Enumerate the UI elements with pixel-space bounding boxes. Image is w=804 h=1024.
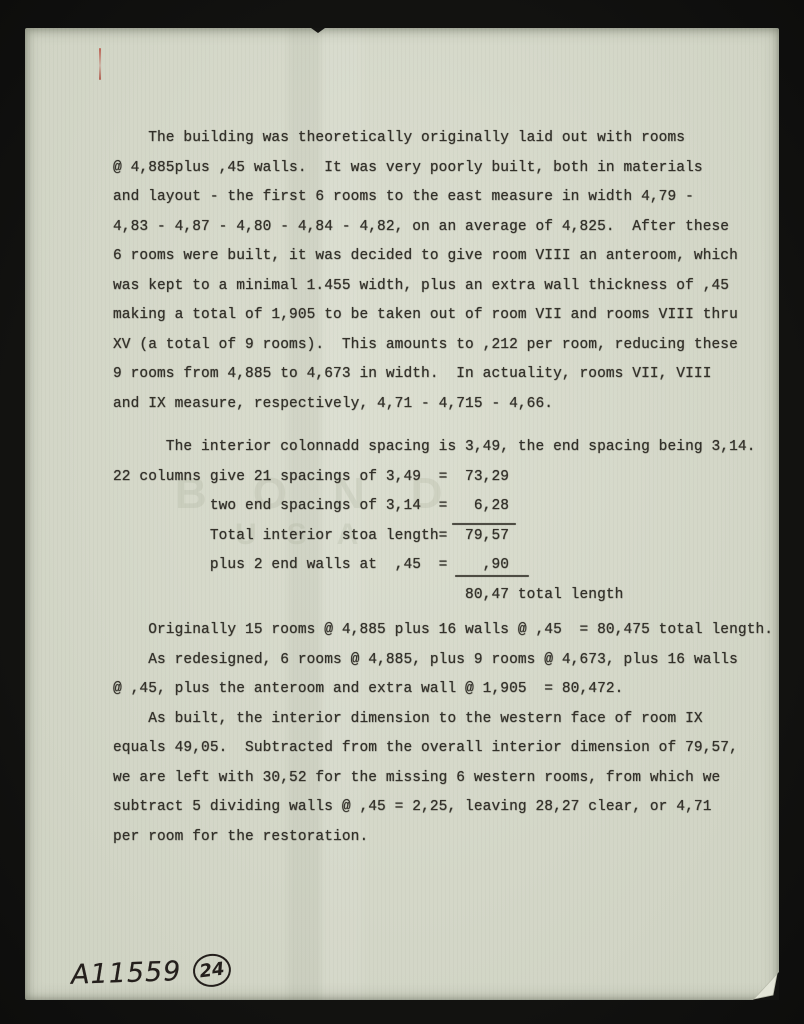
text-line: subtract 5 dividing walls @ ,45 = 2,25, … (113, 793, 773, 823)
handwritten-annotation: A11559 24 (70, 953, 231, 992)
paragraph-colonnade-calculation: The interior colonnadd spacing is 3,49, … (113, 433, 756, 610)
sum-underline-90 (455, 575, 529, 577)
text-line: was kept to a minimal 1.455 width, plus … (113, 272, 738, 302)
text-line: 4,83 - 4,87 - 4,80 - 4,84 - 4,82, on an … (113, 213, 738, 243)
text-line: per room for the restoration. (113, 823, 773, 853)
text-line: 80,47 total length (113, 581, 756, 611)
text-line: The interior colonnadd spacing is 3,49, … (113, 433, 756, 463)
text-line: 6 rooms were built, it was decided to gi… (113, 242, 738, 272)
text-line: making a total of 1,905 to be taken out … (113, 301, 738, 331)
text-line: @ 4,885plus ,45 walls. It was very poorl… (113, 154, 738, 184)
text-line: we are left with 30,52 for the missing 6… (113, 764, 773, 794)
text-line: and layout - the first 6 rooms to the ea… (113, 183, 738, 213)
text-line: As built, the interior dimension to the … (113, 705, 773, 735)
catalog-code: A11559 (71, 956, 182, 991)
text-line: @ ,45, plus the anteroom and extra wall … (113, 675, 773, 705)
text-line: The building was theoretically originall… (113, 124, 738, 154)
paper-edge-notch (311, 28, 325, 33)
text-line: 22 columns give 21 spacings of 3,49 = 73… (113, 463, 756, 493)
document-page: BOND USA The building was theoretically … (25, 28, 779, 1000)
text-line: Originally 15 rooms @ 4,885 plus 16 wall… (113, 616, 773, 646)
text-line: plus 2 end walls at ,45 = ,90 (113, 551, 756, 581)
text-line: and IX measure, respectively, 4,71 - 4,7… (113, 390, 738, 420)
paragraph-length-reconciliation: Originally 15 rooms @ 4,885 plus 16 wall… (113, 616, 773, 852)
text-line: XV (a total of 9 rooms). This amounts to… (113, 331, 738, 361)
circled-page-number: 24 (191, 952, 233, 989)
text-line: equals 49,05. Subtracted from the overal… (113, 734, 773, 764)
paragraph-building-layout: The building was theoretically originall… (113, 124, 738, 419)
text-line: Total interior stoa length= 79,57 (113, 522, 756, 552)
dog-ear-corner (747, 968, 779, 1000)
red-pencil-mark (99, 48, 101, 80)
text-line: two end spacings of 3,14 = 6,28 (113, 492, 756, 522)
sum-underline-6-28 (452, 523, 516, 525)
text-line: 9 rooms from 4,885 to 4,673 in width. In… (113, 360, 738, 390)
text-line: As redesigned, 6 rooms @ 4,885, plus 9 r… (113, 646, 773, 676)
